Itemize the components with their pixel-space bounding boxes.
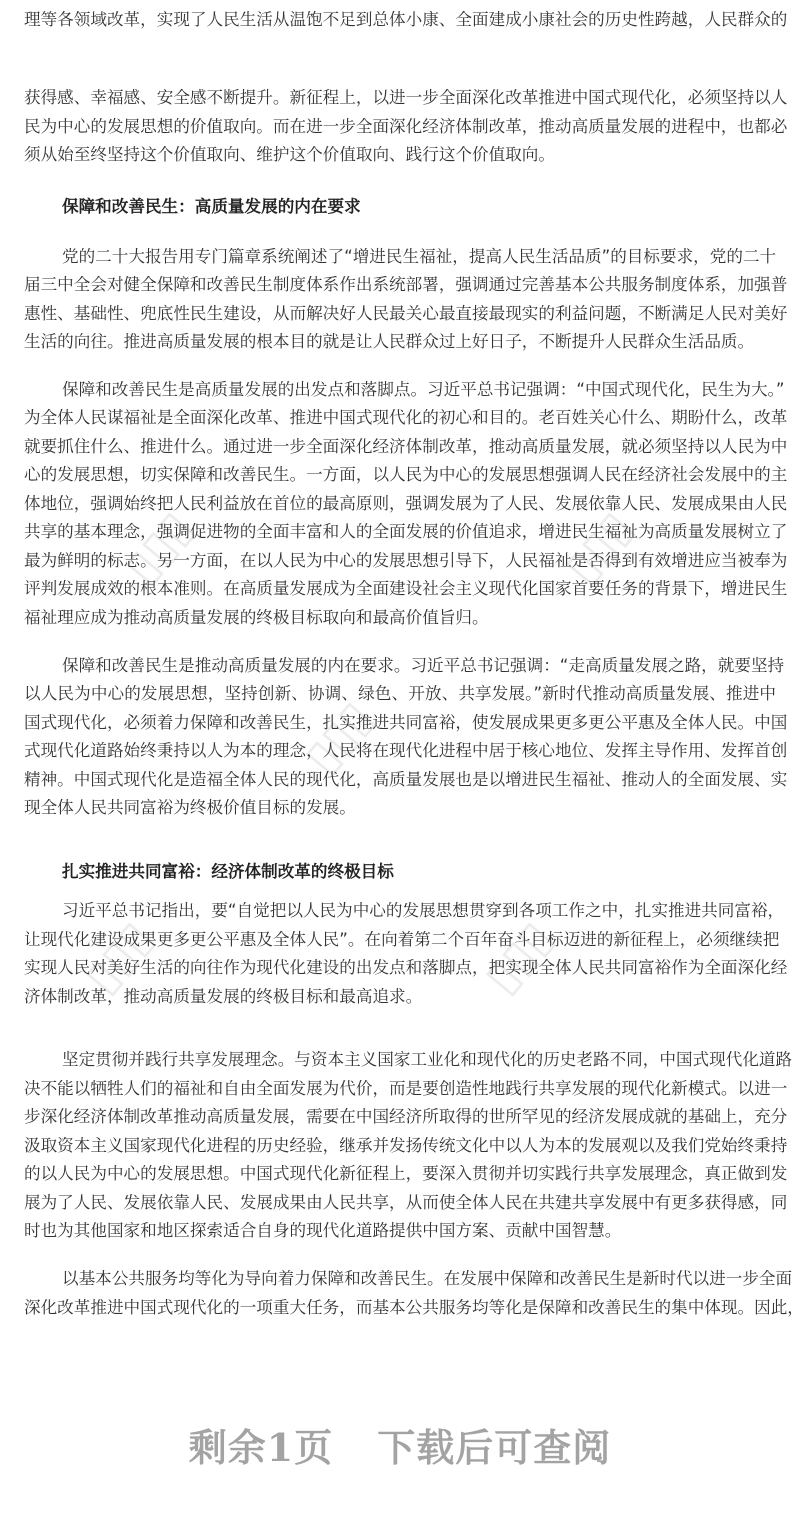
text-line: 让现代化建设成果更多更公平惠及全体人民”。在向着第二个百年奋斗目标迈进的新征程上… bbox=[24, 926, 776, 954]
text-line: 步深化经济体制改革推动高质量发展，需要在中国经济所取得的世所罕见的经济发展成就的… bbox=[24, 1103, 776, 1131]
text-line: 现全体人民共同富裕为终极价值目标的发展。 bbox=[24, 794, 776, 822]
text-line: 实现人民对美好生活的向往作为现代化建设的出发点和落脚点，把实现全体人民共同富裕作… bbox=[24, 954, 776, 982]
text-line: 习近平总书记指出，要“自觉把以人民为中心的发展思想贯穿到各项工作之中，扎实推进共… bbox=[62, 897, 776, 925]
text-line: 坚定贯彻并践行共享发展理念。与资本主义国家工业化和现代化的历史老路不同，中国式现… bbox=[62, 1046, 776, 1074]
text-line: 体地位，强调始终把人民利益放在首位的最高原则，强调发展为了人民、发展依靠人民、发… bbox=[24, 490, 776, 518]
text-line: 就要抓住什么、推进什么。通过进一步全面深化经济体制改革，推动高质量发展，就必须坚… bbox=[24, 433, 776, 461]
text-line: 须从始至终坚持这个价值取向、维护这个价值取向、践行这个价值取向。 bbox=[24, 141, 776, 169]
remaining-pages-label: 剩余1页 bbox=[189, 1417, 333, 1472]
text-line: 时也为其他国家和地区探索适合自身的现代化道路提供中国方案、贡献中国智慧。 bbox=[24, 1217, 776, 1245]
document-page: ▯▯▯ ▯▯▯ ▯▯▯ ▯▯▯ ▯▯▯ 理等各领域改革，实现了人民生活从温饱不足… bbox=[0, 0, 800, 1521]
text-line: 国式现代化，必须着力保障和改善民生，扎实推进共同富裕，使发展成果更多更公平惠及全… bbox=[24, 709, 776, 737]
download-banner[interactable]: 剩余1页下载后可查阅 bbox=[0, 1417, 800, 1472]
text-line: 届三中全会对健全保障和改善民生制度体系作出系统部署，强调通过完善基本公共服务制度… bbox=[24, 271, 776, 299]
text-line: 民为中心的发展思想的价值取向。而在进一步全面深化经济体制改革，推动高质量发展的进… bbox=[24, 113, 776, 141]
text-line: 式现代化道路始终秉持以人为本的理念，人民将在现代化进程中居于核心地位、发挥主导作… bbox=[24, 737, 776, 765]
text-line: 党的二十大报告用专门篇章系统阐述了“增进民生福祉，提高人民生活品质”的目标要求，… bbox=[62, 243, 776, 271]
text-line: 生活的向往。推进高质量发展的根本目的就是让人民群众过上好日子，不断提升人民群众生… bbox=[24, 328, 776, 356]
text-line: 心的发展思想，切实保障和改善民生。一方面，以人民为中心的发展思想强调人民在经济社… bbox=[24, 461, 776, 489]
text-line: 福祉理应成为推动高质量发展的终极目标取向和最高价值旨归。 bbox=[24, 604, 776, 632]
text-line: 汲取资本主义国家现代化进程的历史经验，继承并发扬传统文化中以人为本的发展观以及我… bbox=[24, 1132, 776, 1160]
text-line: 获得感、幸福感、安全感不断提升。新征程上，以进一步全面深化改革推进中国式现代化，… bbox=[24, 84, 776, 112]
text-line: 保障和改善民生是高质量发展的出发点和落脚点。习近平总书记强调：“中国式现代化，民… bbox=[62, 376, 776, 404]
download-to-view-label[interactable]: 下载后可查阅 bbox=[377, 1417, 611, 1472]
section-heading: 扎实推进共同富裕：经济体制改革的终极目标 bbox=[62, 858, 394, 886]
text-line: 济体制改革，推动高质量发展的终极目标和最高追求。 bbox=[24, 983, 776, 1011]
text-line: 惠性、基础性、兜底性民生建设，从而解决好人民最关心最直接最现实的利益问题，不断满… bbox=[24, 300, 776, 328]
text-line: 展为了人民、发展依靠人民、发展成果由人民共享，从而使全体人民在共建共享发展中有更… bbox=[24, 1189, 776, 1217]
text-line: 为全体人民谋福祉是全面深化改革、推进中国式现代化的初心和目的。老百姓关心什么、期… bbox=[24, 404, 776, 432]
text-line: 精神。中国式现代化是造福全体人民的现代化，高质量发展也是以增进民生福祉、推动人的… bbox=[24, 766, 776, 794]
text-line: 共享的基本理念，强调促进物的全面丰富和人的全面发展的价值追求，增进民生福祉为高质… bbox=[24, 518, 776, 546]
section-heading: 保障和改善民生：高质量发展的内在要求 bbox=[62, 193, 361, 221]
text-line: 深化改革推进中国式现代化的一项重大任务，而基本公共服务均等化是保障和改善民生的集… bbox=[24, 1294, 776, 1322]
text-line: 理等各领域改革，实现了人民生活从温饱不足到总体小康、全面建成小康社会的历史性跨越… bbox=[24, 6, 776, 34]
text-line: 最为鲜明的标志。另一方面，在以人民为中心的发展思想引导下，人民福祉是否得到有效增… bbox=[24, 547, 776, 575]
text-line: 的以人民为中心的发展思想。中国式现代化新征程上，要深入贯彻并切实践行共享发展理念… bbox=[24, 1160, 776, 1188]
text-line: 以人民为中心的发展思想，坚持创新、协调、绿色、开放、共享发展。”新时代推动高质量… bbox=[24, 680, 776, 708]
text-line: 以基本公共服务均等化为导向着力保障和改善民生。在发展中保障和改善民生是新时代以进… bbox=[62, 1265, 776, 1293]
text-line: 评判发展成效的根本准则。在高质量发展成为全面建设社会主义现代化国家首要任务的背景… bbox=[24, 575, 776, 603]
text-line: 决不能以牺牲人们的福祉和自由全面发展为代价，而是要创造性地践行共享发展的现代化新… bbox=[24, 1075, 776, 1103]
text-line: 保障和改善民生是推动高质量发展的内在要求。习近平总书记强调：“走高质量发展之路，… bbox=[62, 652, 776, 680]
